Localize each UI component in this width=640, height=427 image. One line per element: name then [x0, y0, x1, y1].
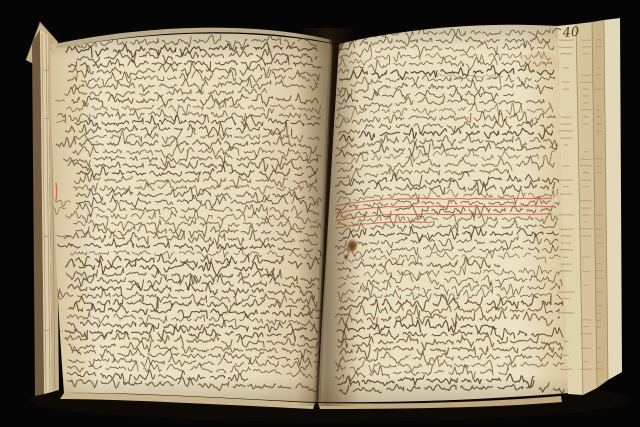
- foxing-spot: [141, 95, 143, 97]
- foxing-spot: [409, 354, 411, 356]
- foxing-spot: [467, 117, 470, 120]
- foxing-spot: [119, 319, 122, 322]
- discoloration: [520, 51, 560, 73]
- gutter: [296, 28, 358, 406]
- foxing-spot: [519, 79, 521, 81]
- manuscript-photo: 40: [0, 0, 640, 427]
- foxing-spot: [96, 141, 99, 144]
- open-book: 40: [0, 0, 640, 427]
- page-number: 40: [561, 25, 580, 41]
- foxing-spot: [237, 209, 239, 211]
- foxing-spot: [541, 300, 544, 303]
